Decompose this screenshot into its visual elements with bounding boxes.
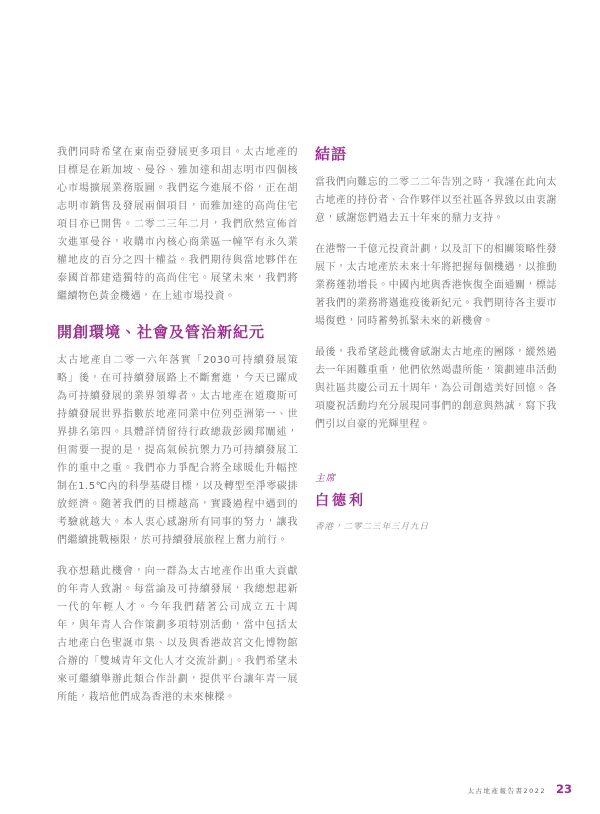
footer-page-number: 23: [556, 782, 572, 796]
signature-name: 白德利: [315, 492, 557, 510]
paragraph-southeast-asia: 我們同時希望在東南亞發展更多項目。太古地產的目標是在新加坡、曼谷、雅加達和胡志明…: [57, 144, 298, 306]
paragraph-thanks: 當我們向難忘的二零二二年告別之時，我謹在此向太古地產的持份者、合作夥伴以至社區各…: [315, 174, 557, 228]
signature-block: 主席 白德利 香港，二零二三年三月九日: [315, 470, 557, 536]
paragraph-youth: 我亦想藉此機會，向一群為太古地產作出重大貢獻的年青人致謝。每當論及可持續發展，我…: [57, 563, 298, 707]
footer-report-title: 太古地產報告書2022: [467, 786, 546, 795]
section-heading-conclusion: 結語: [315, 144, 557, 164]
signature-date: 香港，二零二三年三月九日: [315, 518, 557, 536]
document-page: 我們同時希望在東南亞發展更多項目。太古地產的目標是在新加坡、曼谷、雅加達和胡志明…: [0, 0, 600, 814]
paragraph-team-tribute: 最後，我希望趁此機會感謝太古地產的團隊，縱然過去一年困難重重，他們依然竭盡所能，…: [315, 344, 557, 434]
paragraph-sustainability: 太古地產自二零一六年落實「2030可持續發展策略」後，在可持續發展路上不斷奮進，…: [57, 352, 298, 550]
paragraph-investment-plan: 在港幣一千億元投資計劃，以及訂下的相關策略性發展下，太古地產於未來十年將把握每個…: [315, 241, 557, 331]
right-column: 結語 當我們向難忘的二零二二年告別之時，我謹在此向太古地產的持份者、合作夥伴以至…: [315, 144, 557, 536]
page-footer: 太古地產報告書2022 23: [467, 782, 572, 796]
signature-title: 主席: [315, 470, 557, 488]
section-heading-esg: 開創環境、社會及管治新紀元: [57, 322, 298, 342]
left-column: 我們同時希望在東南亞發展更多項目。太古地產的目標是在新加坡、曼谷、雅加達和胡志明…: [57, 144, 298, 720]
